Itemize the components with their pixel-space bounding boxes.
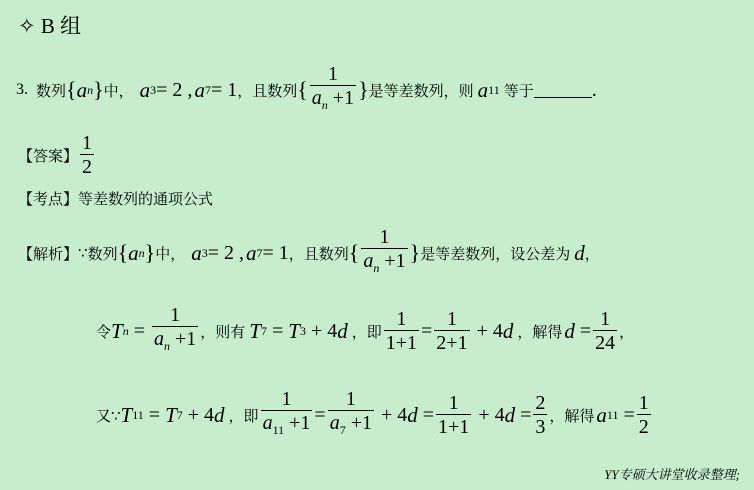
section-title: B 组 (41, 14, 81, 38)
math-text: + 4 (376, 404, 407, 427)
answer-row: 【答案】 1 2 (18, 132, 96, 179)
numerator: 1 (598, 308, 612, 330)
var-d: d (407, 403, 418, 428)
subscript: 11 (488, 83, 500, 98)
var-d: d (574, 241, 585, 266)
analysis-text: ，且数列 (289, 243, 349, 264)
analysis-text: ，即 (229, 405, 259, 426)
denominator: an +1 (361, 249, 407, 280)
subscript: 11 (273, 423, 285, 437)
var-d: d (505, 403, 516, 428)
math-text: + 4 (472, 320, 503, 343)
question-text: 数列 (36, 80, 66, 101)
var-a: a (191, 241, 202, 266)
var-T: T (111, 319, 123, 344)
topic-label: 【考点】 (18, 188, 78, 209)
var-a: a (194, 78, 205, 103)
fraction: 1 a7 +1 (328, 388, 374, 442)
var-d: d (564, 319, 575, 344)
math-text: +1 (284, 412, 310, 434)
var-a: a (596, 403, 607, 428)
answer-blank (534, 83, 592, 98)
denominator: a11 +1 (261, 411, 313, 442)
seq-close: } (410, 240, 421, 266)
math-text: = 1 (211, 79, 237, 102)
analysis-text: ，即 (352, 321, 382, 342)
var-T: T (121, 403, 133, 428)
math-text: = 1 (263, 242, 289, 265)
fraction: 1 1+1 (384, 308, 419, 355)
var-a: a (154, 328, 164, 350)
denominator: 2 (80, 155, 94, 179)
var-a: a (363, 250, 373, 272)
analysis-text: ， (585, 243, 600, 264)
analysis-text: ， (619, 321, 634, 342)
equals: = (421, 320, 432, 343)
footer-credit: YY专硕大讲堂收录整理; (604, 464, 740, 483)
denominator: 1+1 (384, 331, 419, 355)
var-a: a (478, 78, 489, 103)
var-d: d (503, 319, 514, 344)
denominator: 2 (637, 415, 651, 439)
var-a: a (330, 412, 340, 434)
equals: = (144, 404, 165, 427)
question-number: 3. (16, 81, 28, 99)
var-a: a (140, 78, 151, 103)
fraction: 1 a11 +1 (261, 388, 313, 442)
analysis-text: ，则有 (200, 321, 245, 342)
equals: = (618, 404, 634, 427)
math-text: +1 (346, 412, 372, 434)
var-a: a (263, 412, 273, 434)
denominator: 3 (533, 415, 547, 439)
numerator: 1 (279, 388, 293, 410)
math-text: +1 (379, 250, 405, 272)
sparkle-icon: ✧ (18, 14, 36, 38)
seq-close: } (93, 77, 104, 103)
analysis-text: 令 (96, 321, 111, 342)
equals: = (267, 320, 288, 343)
numerator: 1 (445, 308, 459, 330)
analysis-line-1: 【解析】 ∵ 数列 {nan} 中， a3 = 2 , a7 = 1 ，且数列 … (18, 226, 600, 280)
var-a: a (128, 241, 139, 266)
analysis-label: 【解析】 (18, 243, 78, 264)
denominator: an +1 (152, 327, 198, 358)
analysis-line-2: 令 Tn = 1 an +1 ，则有 T7 = T3 + 4d ，即 1 1+1… (96, 304, 634, 358)
subscript: 11 (607, 408, 619, 423)
numerator: 1 (344, 388, 358, 410)
because-symbol: ∵ (78, 244, 88, 262)
seq-close: } (145, 240, 156, 266)
answer-fraction: 1 2 (80, 132, 94, 179)
equals: = (314, 404, 325, 427)
equals: = (129, 320, 150, 343)
var-d: d (337, 319, 348, 344)
var-d: d (214, 403, 225, 428)
fraction: 1 an +1 (361, 226, 407, 280)
equals: = (515, 404, 531, 427)
equals: = (418, 404, 434, 427)
math-text: +1 (328, 87, 354, 109)
numerator: 1 (326, 63, 340, 85)
fraction: 1 an +1 (152, 304, 198, 358)
analysis-text: ，解得 (549, 405, 594, 426)
math-text: = 2 , (156, 79, 192, 102)
numerator: 1 (394, 308, 408, 330)
section-header: ✧ B 组 (18, 10, 81, 40)
question-text: 等于 (504, 80, 534, 101)
question-text: 中， (104, 80, 134, 101)
equals: = (575, 320, 591, 343)
analysis-text: 中， (155, 243, 185, 264)
denominator: an +1 (310, 86, 356, 117)
analysis-text: 又∵ (96, 405, 121, 426)
var-T: T (249, 319, 261, 344)
var-a: a (312, 87, 322, 109)
question: 3. 数列 {an} 中， a3 = 2 , a7 = 1 ，且数列 { 1 a… (16, 63, 597, 117)
var-a: a (246, 241, 257, 266)
numerator: 1 (80, 132, 94, 154)
topic-row: 【考点】 等差数列的通项公式 (18, 188, 213, 209)
analysis-text: ，解得 (517, 321, 562, 342)
analysis-line-3: 又∵ T11 = T7 + 4d ，即 1 a11 +1 = 1 a7 +1 +… (96, 388, 653, 442)
math-text: +1 (170, 328, 196, 350)
fraction: 1 24 (593, 308, 617, 355)
seq-close: } (358, 77, 369, 103)
numerator: 1 (447, 392, 461, 414)
fraction: 1 1+1 (436, 392, 471, 439)
seq-open: { (66, 77, 77, 103)
denominator: 24 (593, 331, 617, 355)
fraction: 2 3 (533, 392, 547, 439)
analysis-text: 数列 (88, 243, 118, 264)
denominator: 2+1 (434, 331, 469, 355)
fraction: 1 2 (637, 392, 651, 439)
denominator: a7 +1 (328, 411, 374, 442)
numerator: 1 (168, 304, 182, 326)
math-text: + 4 (473, 404, 504, 427)
seq-open: { (297, 77, 308, 103)
math-text: + 4 (183, 404, 214, 427)
math-text: = 2 , (208, 242, 244, 265)
var-T: T (165, 403, 177, 428)
numerator: 2 (533, 392, 547, 414)
topic-text: 等差数列的通项公式 (78, 188, 213, 209)
question-text: 是等差数列，则 (369, 80, 474, 101)
fraction: 1 an +1 (310, 63, 356, 117)
answer-label: 【答案】 (18, 145, 78, 166)
question-text: ，且数列 (237, 80, 297, 101)
numerator: 1 (378, 226, 392, 248)
period: . (592, 79, 597, 102)
denominator: 1+1 (436, 415, 471, 439)
var-a: a (77, 78, 88, 103)
fraction: 1 2+1 (434, 308, 469, 355)
seq-open: { (349, 240, 360, 266)
math-text: + 4 (306, 320, 337, 343)
var-T: T (288, 319, 300, 344)
subscript: 11 (132, 408, 144, 423)
seq-open: { (118, 240, 129, 266)
numerator: 1 (637, 392, 651, 414)
analysis-text: 是等差数列，设公差为 (420, 243, 570, 264)
